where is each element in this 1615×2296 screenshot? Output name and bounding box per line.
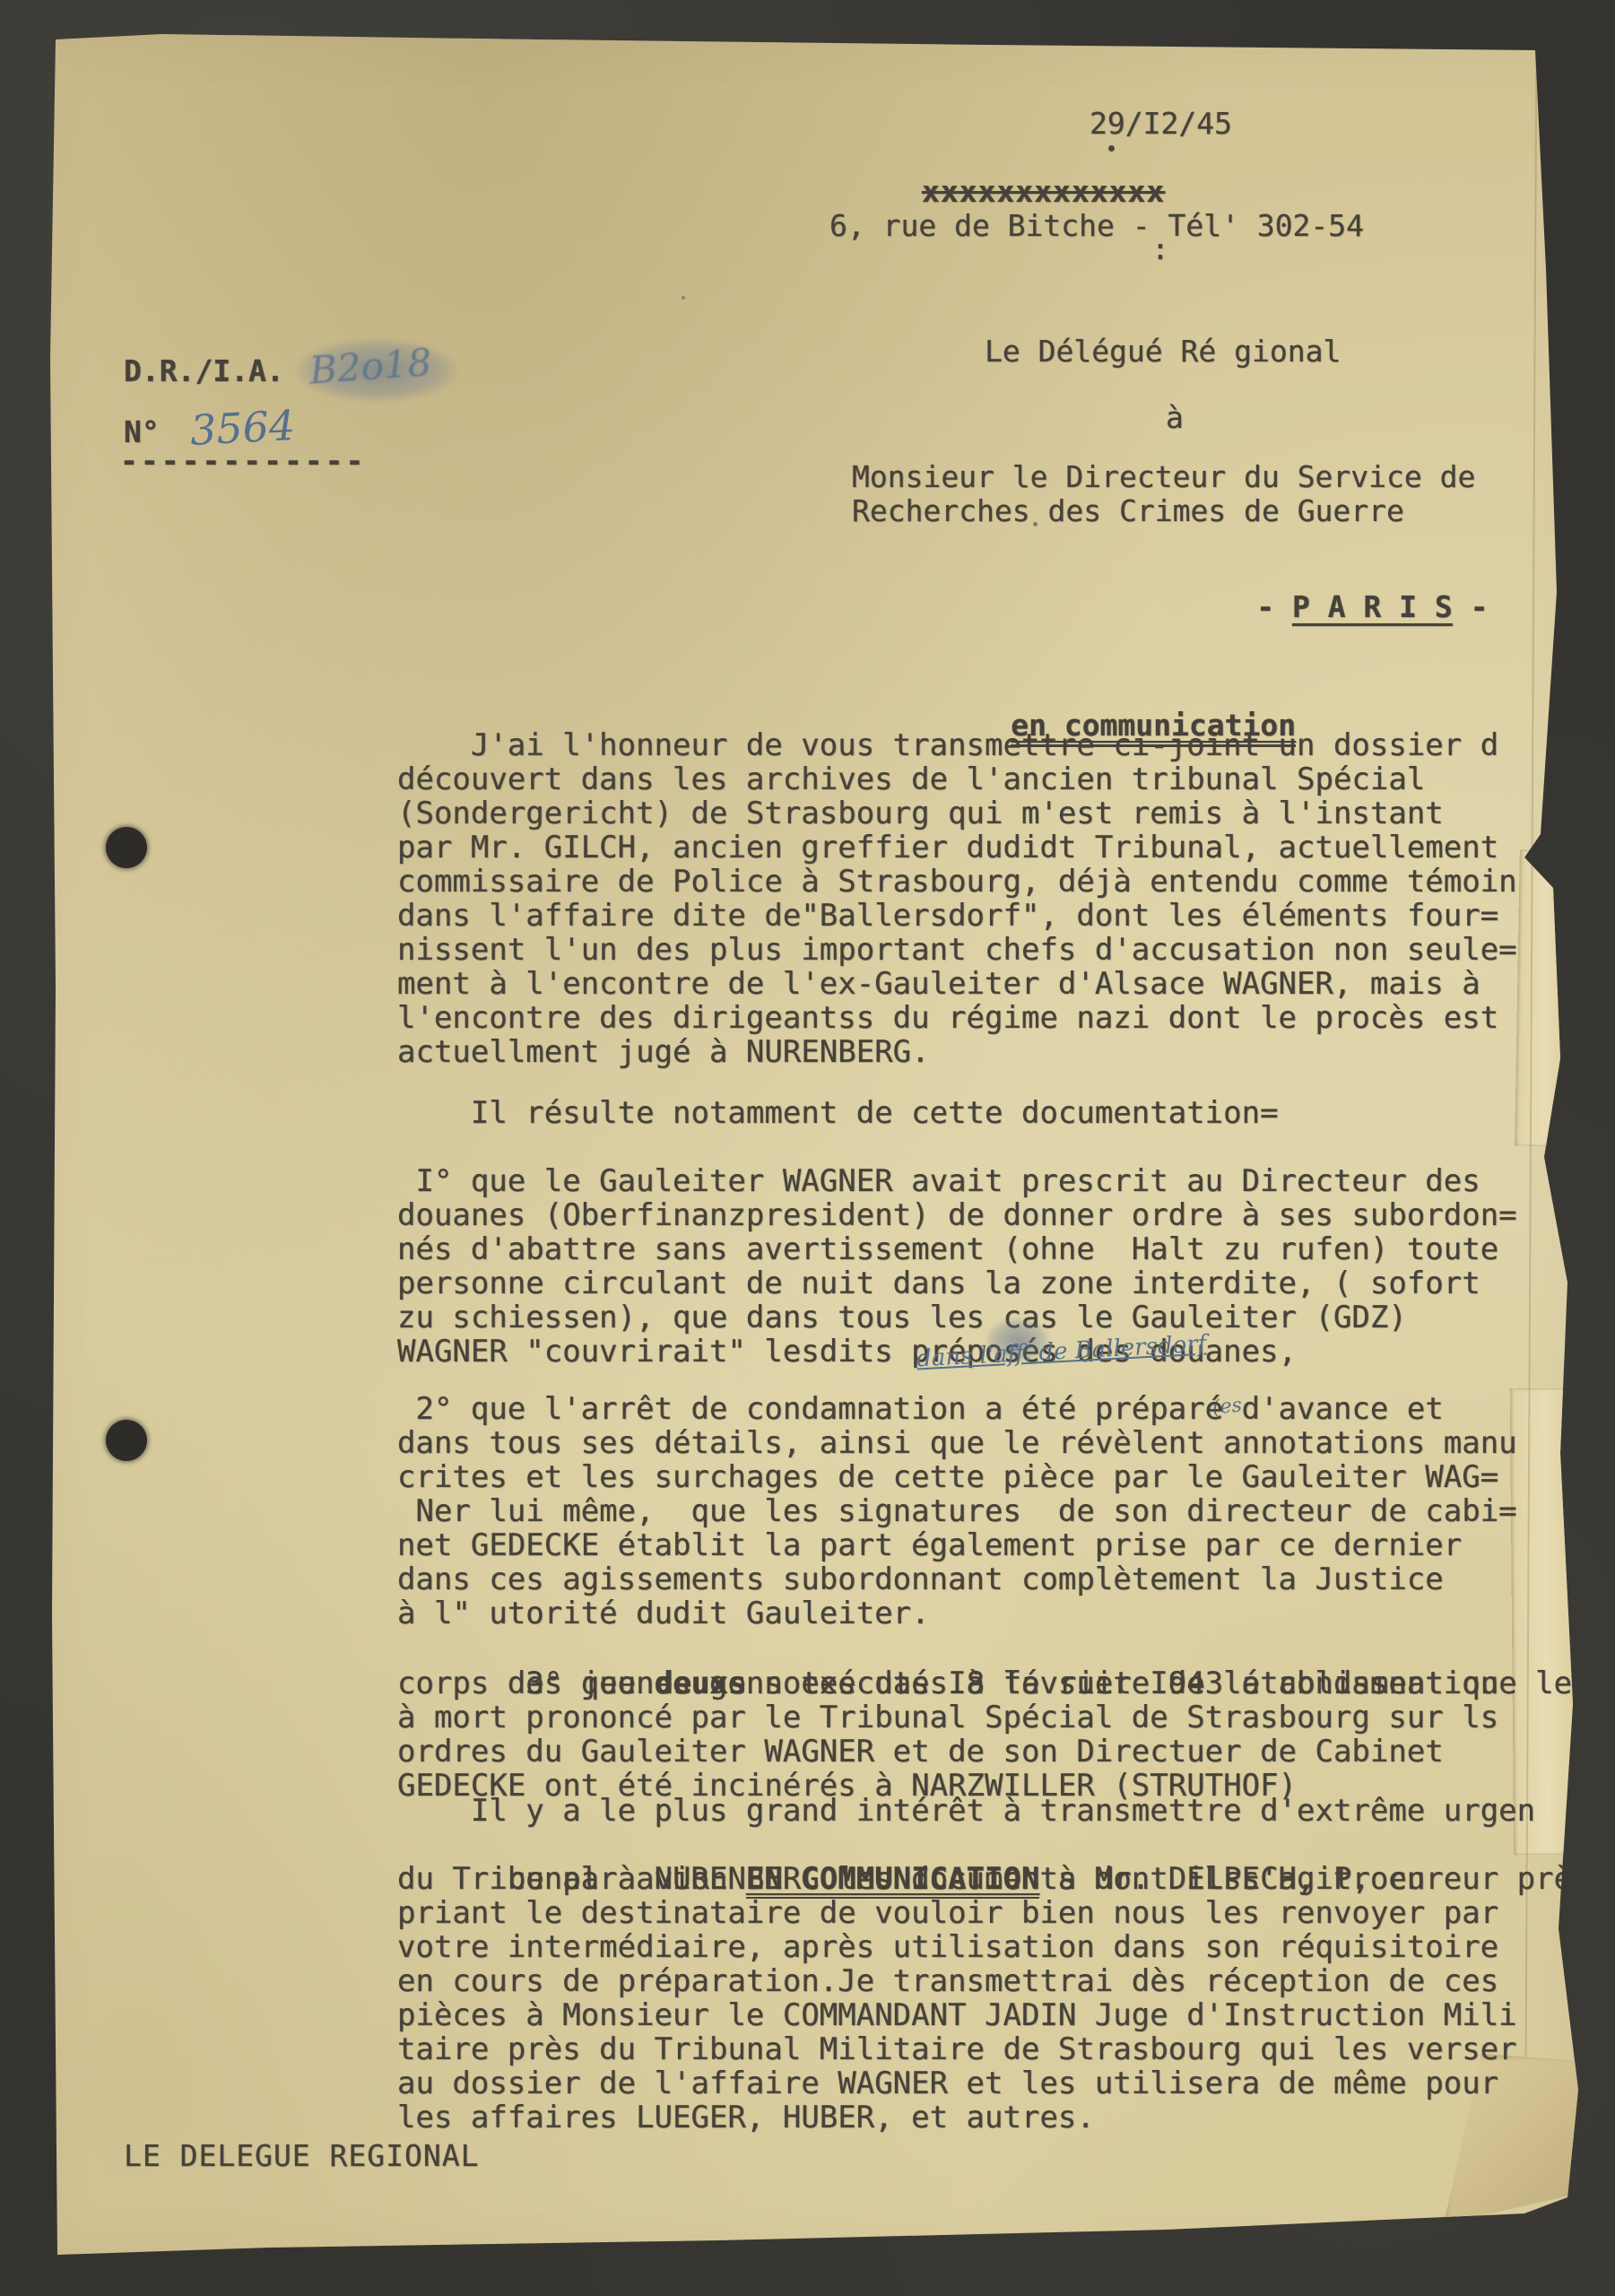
paper-speck <box>1033 522 1038 526</box>
sender-title: Le Délégué Ré gional <box>985 334 1341 369</box>
photograph-background: 29/I2/45 xxxxxxxxxxxxx 6, rue de Bitche … <box>0 0 1615 2296</box>
recipient-line2: Recherches des Crimes de Guerre <box>852 493 1404 528</box>
paragraph-2-intro: Il résulte notamment de cette documentat… <box>397 1096 1279 1130</box>
a-word: à <box>1166 400 1184 435</box>
punch-hole <box>106 1420 147 1461</box>
city-line: - P A R I S - <box>1150 554 1489 659</box>
city-dash-left: - <box>1256 589 1292 624</box>
paper-speck <box>682 296 685 300</box>
crossed-out-text: xxxxxxxxxxxxx <box>922 174 1165 209</box>
paper-speck <box>1108 145 1115 152</box>
closing-paragraph-rest: du Tribunal à NURENBERG les documents do… <box>397 1862 1517 2135</box>
tape-repair-strip <box>1510 1388 1577 1856</box>
document-sheet: 29/I2/45 xxxxxxxxxxxxx 6, rue de Bitche … <box>0 0 1615 2296</box>
paragraph-1: J'ai l'honneur de vous transmettre ci-jo… <box>397 728 1517 1069</box>
dashed-rule: ------------ <box>120 443 366 478</box>
closing-paragraph-line1: Il y a le plus grand intérêt à transmett… <box>397 1794 1535 1828</box>
point-1: I° que le Gauleiter WAGNER avait prescri… <box>397 1164 1517 1369</box>
city-dash-right: - <box>1453 589 1489 624</box>
recipient-line1: Monsieur le Directeur du Service de <box>852 459 1475 494</box>
point-2: 2° que l'arrêt de condamnation a été pré… <box>397 1392 1517 1631</box>
reference-number-handwritten: B2o18 <box>308 340 432 392</box>
signature-title: LE DELEGUE REGIONAL <box>124 2138 480 2173</box>
address-line: 6, rue de Bitche - Tél' 302-54 <box>829 208 1364 243</box>
tape-repair-strip <box>1515 850 1570 1147</box>
stray-colon: : <box>1151 231 1169 266</box>
punch-hole <box>106 827 147 868</box>
reference-label: D.R./I.A. <box>124 353 284 388</box>
city-name: P A R I S <box>1292 589 1453 624</box>
point-3-continued: corps des jeunes gens exécutés à la suit… <box>397 1666 1498 1803</box>
date: 29/I2/45 <box>1090 106 1232 141</box>
